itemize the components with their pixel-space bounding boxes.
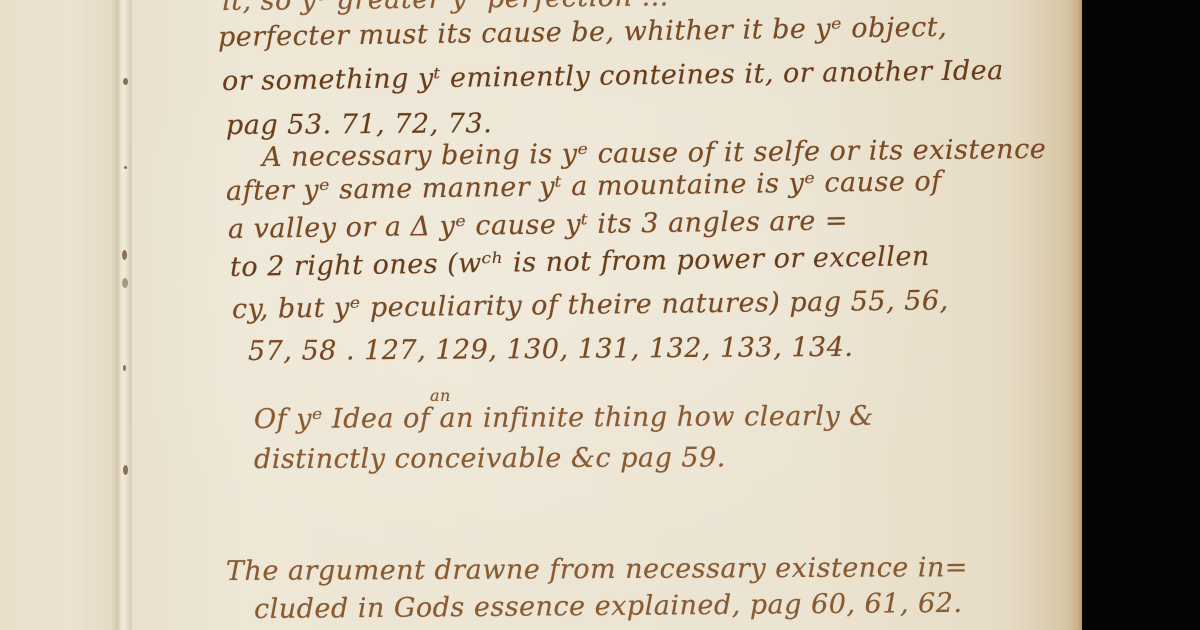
ink-spot [124, 166, 127, 169]
ink-spot [123, 465, 128, 475]
manuscript-photo: it, so yᵉ greater yᵉ perfection … perfec… [0, 0, 1200, 630]
left-facing-page [0, 0, 122, 630]
insertion-mark: an [430, 386, 451, 405]
manuscript-line: The argument drawne from necessary exist… [226, 552, 968, 587]
manuscript-line: Of yᵉ Idea of an infinite thing how clea… [254, 401, 874, 435]
manuscript-line: distinctly conceivable &c pag 59. [254, 442, 726, 475]
manuscript-line: cluded in Gods essence explained, pag 60… [254, 588, 963, 625]
manuscript-line: pag 53. 71, 72, 73. [226, 108, 492, 141]
manuscript-line: 57, 58 . 127, 129, 130, 131, 132, 133, 1… [248, 332, 854, 367]
ink-spot [123, 365, 126, 371]
page-edge [1070, 0, 1082, 630]
ink-spot [122, 278, 128, 288]
book-gutter [112, 0, 134, 630]
line-text: Of yᵉ Idea of an infinite thing how clea… [254, 401, 874, 435]
ink-spot [122, 250, 127, 260]
ink-spot [123, 78, 128, 85]
dark-backdrop [1082, 0, 1200, 630]
